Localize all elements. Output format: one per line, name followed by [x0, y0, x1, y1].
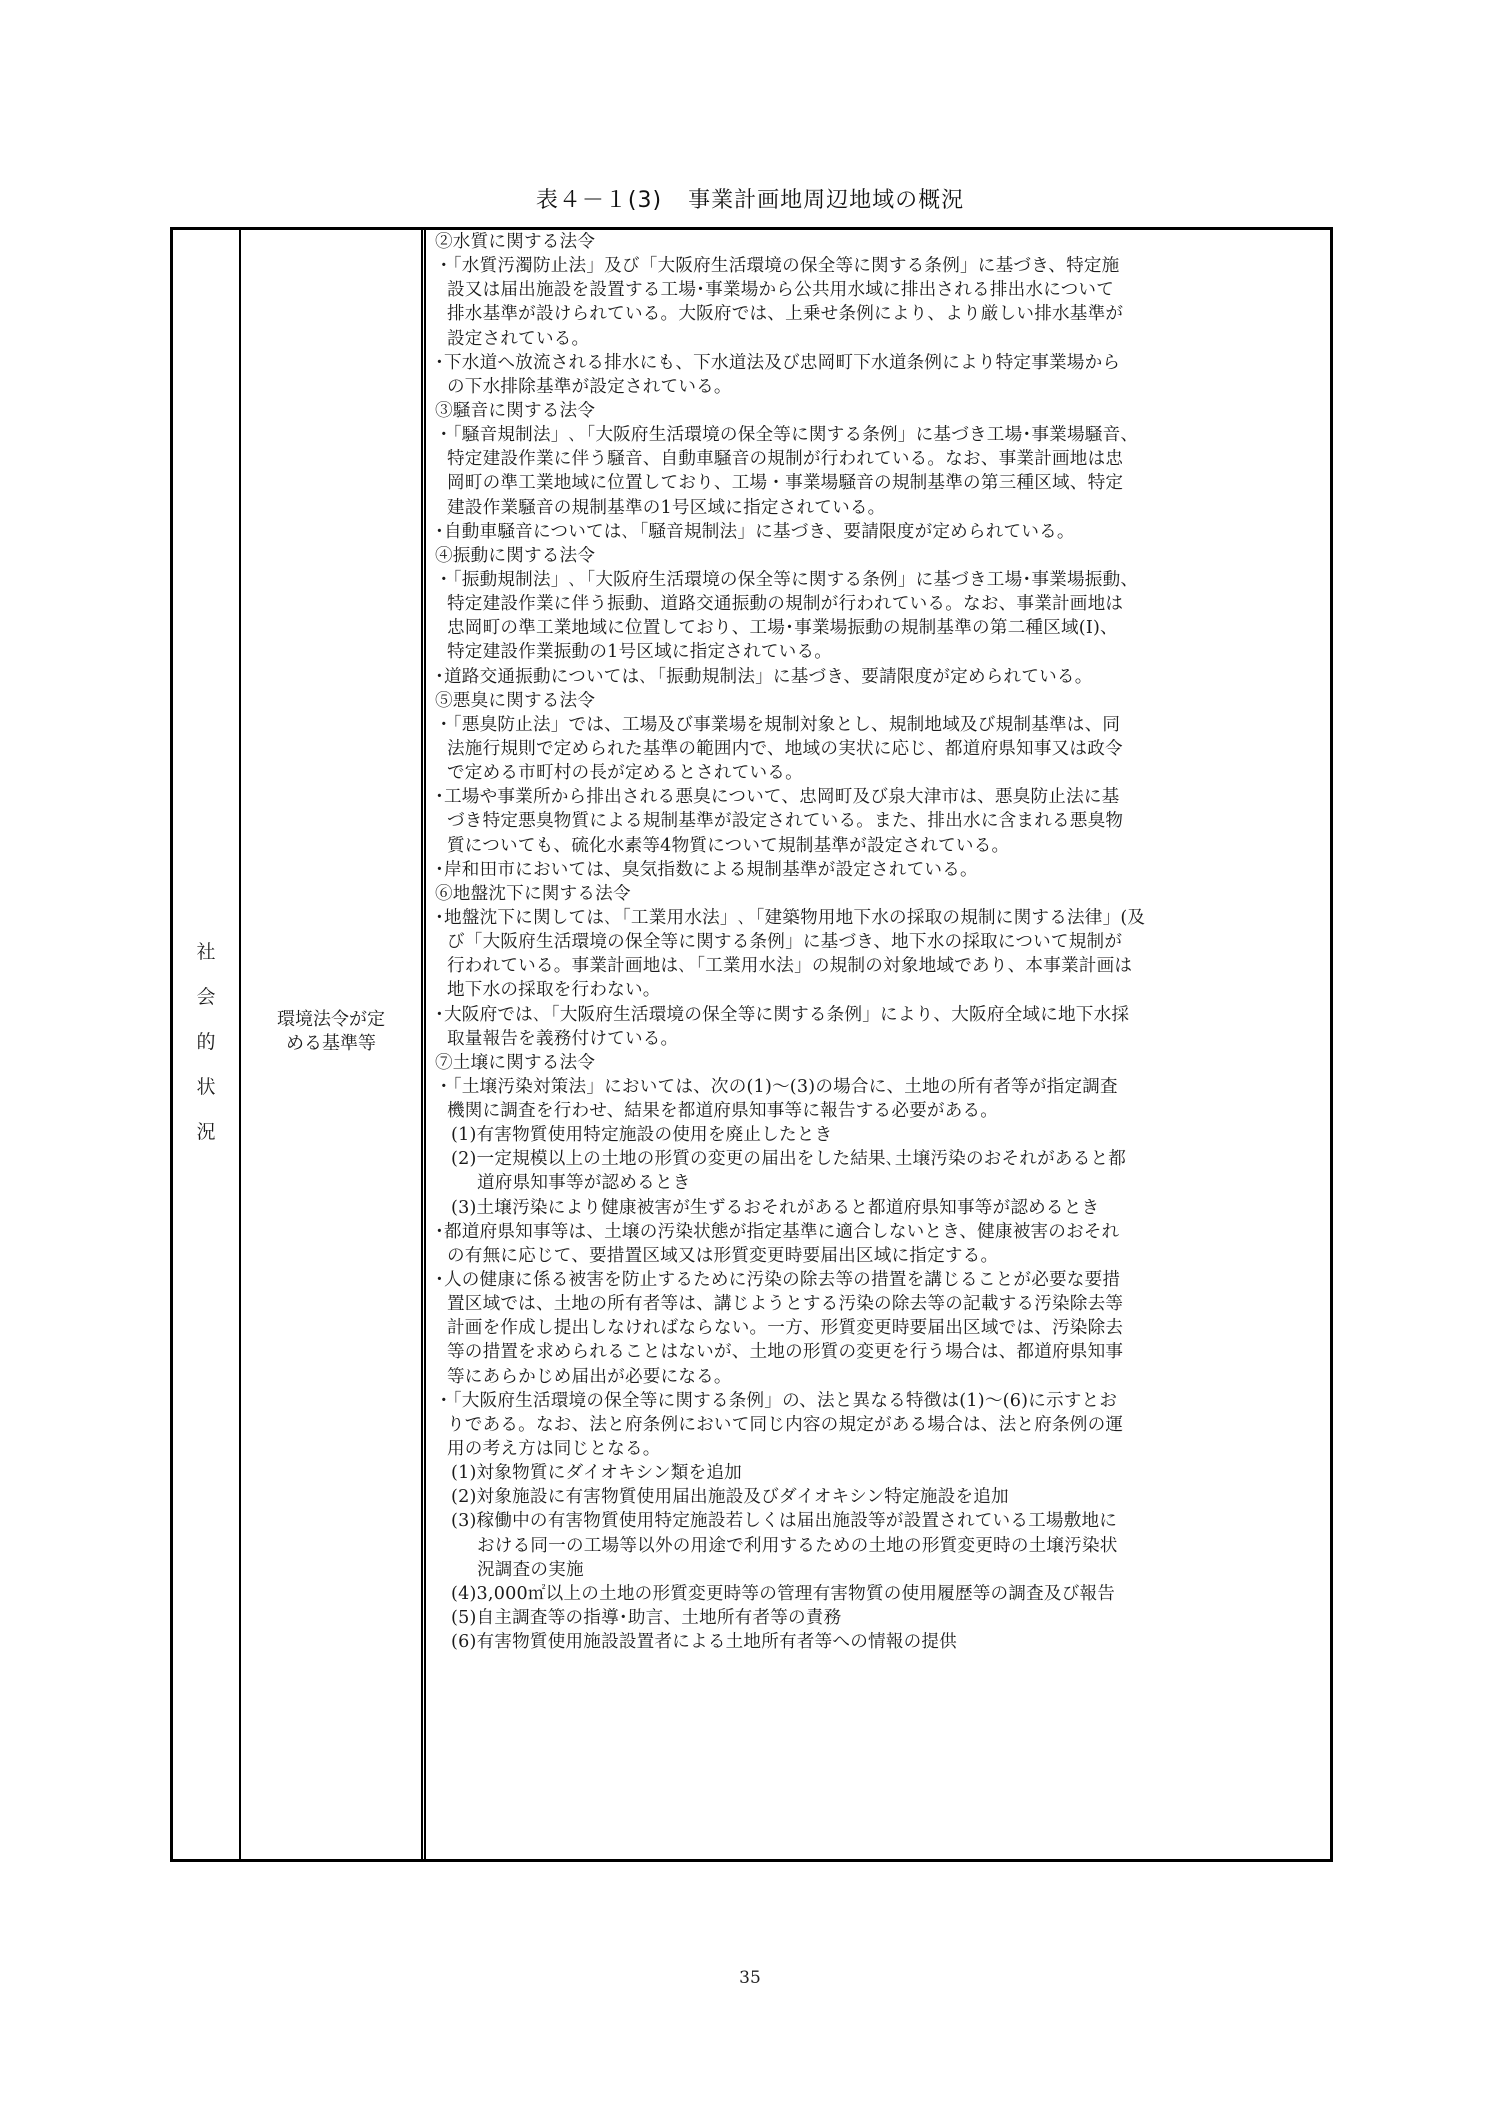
bullet-line: ･人の健康に係る被害を防止するために汚染の除去等の措置を講じることが必要な要措: [435, 1268, 1318, 1292]
bullet-line: ･下水道へ放流される排水にも、下水道法及び忠岡町下水道条例により特定事業場から: [435, 351, 1318, 375]
bullet-line: ・「騒音規制法」､「大阪府生活環境の保全等に関する条例」に基づき工場･事業場騒音…: [435, 423, 1318, 447]
table-title: 表４－１(3)事業計画地周辺地域の概況: [0, 183, 1500, 214]
item-cell: 環境法令が定める基準等: [241, 230, 426, 1859]
bullet-line: ・「大阪府生活環境の保全等に関する条例」の、法と異なる特徴は(1)～(6)に示す…: [435, 1389, 1318, 1413]
text-line: 行われている。事業計画地は､「工業用水法」の規制の対象地域であり、本事業計画は: [435, 954, 1318, 978]
text-line: 特定建設作業に伴う振動、道路交通振動の規制が行われている。なお、事業計画地は: [435, 592, 1318, 616]
sub-item: (6)有害物質使用施設設置者による土地所有者等への情報の提供: [435, 1630, 1318, 1654]
category-char: 状: [173, 1065, 239, 1110]
bullet-line: ･大阪府では､「大阪府生活環境の保全等に関する条例」により、大阪府全域に地下水採: [435, 1003, 1318, 1027]
item-label: 環境法令が定める基準等: [241, 1008, 421, 1056]
text-line: 設又は届出施設を設置する工場･事業場から公共用水域に排出される排出水について: [435, 278, 1318, 302]
sub-item: (1)有害物質使用特定施設の使用を廃止したとき: [435, 1123, 1318, 1147]
category-char: 的: [173, 1020, 239, 1065]
sub-item: (4)3,000㎡以上の土地の形質変更時等の管理有害物質の使用履歴等の調査及び報…: [435, 1582, 1318, 1606]
bullet-line: ･都道府県知事等は、土壌の汚染状態が指定基準に適合しないとき、健康被害のおそれ: [435, 1220, 1318, 1244]
sub-item: (2)対象施設に有害物質使用届出施設及びダイオキシン特定施設を追加: [435, 1485, 1318, 1509]
text-line: づき特定悪臭物質による規制基準が設定されている。また、排出水に含まれる悪臭物: [435, 809, 1318, 833]
sub-item: (3)土壌汚染により健康被害が生ずるおそれがあると都道府県知事等が認めるとき: [435, 1196, 1318, 1220]
bullet-line: ･岸和田市においては、臭気指数による規制基準が設定されている。: [435, 858, 1318, 882]
table-caption: 事業計画地周辺地域の概況: [688, 188, 964, 213]
text-line: 地下水の採取を行わない。: [435, 978, 1318, 1002]
item-label-line: 環境法令が定: [241, 1008, 421, 1032]
section-heading: ⑦土壌に関する法令: [435, 1051, 1318, 1075]
category-char: 会: [173, 975, 239, 1020]
text-line: び「大阪府生活環境の保全等に関する条例」に基づき、地下水の採取について規制が: [435, 930, 1318, 954]
bullet-line: ･地盤沈下に関しては､「工業用水法」､「建築物用地下水の採取の規制に関する法律」…: [435, 906, 1318, 930]
table-number: 表４－１(3): [536, 188, 662, 213]
content-cell: ②水質に関する法令・「水質汚濁防止法」及び「大阪府生活環境の保全等に関する条例」…: [431, 230, 1330, 1859]
page-number: 35: [0, 1968, 1500, 1988]
text-line: りである。なお、法と府条例において同じ内容の規定がある場合は、法と府条例の運: [435, 1413, 1318, 1437]
text-line: で定める市町村の長が定めるとされている。: [435, 761, 1318, 785]
text-line: の有無に応じて、要措置区域又は形質変更時要届出区域に指定する。: [435, 1244, 1318, 1268]
bullet-line: ･工場や事業所から排出される悪臭について、忠岡町及び泉大津市は、悪臭防止法に基: [435, 785, 1318, 809]
section-heading: ⑥地盤沈下に関する法令: [435, 882, 1318, 906]
section-heading: ②水質に関する法令: [435, 230, 1318, 254]
text-line: 等にあらかじめ届出が必要になる。: [435, 1365, 1318, 1389]
sub-item: (1)対象物質にダイオキシン類を追加: [435, 1461, 1318, 1485]
sub-item-continued: 道府県知事等が認めるとき: [435, 1171, 1318, 1195]
text-line: 置区域では、土地の所有者等は、講じようとする汚染の除去等の記載する汚染除去等: [435, 1292, 1318, 1316]
bullet-line: ・「水質汚濁防止法」及び「大阪府生活環境の保全等に関する条例」に基づき、特定施: [435, 254, 1318, 278]
sub-item: (3)稼働中の有害物質使用特定施設若しくは届出施設等が設置されている工場敷地に: [435, 1509, 1318, 1533]
text-line: 取量報告を義務付けている。: [435, 1027, 1318, 1051]
category-char: 況: [173, 1110, 239, 1155]
text-line: 計画を作成し提出しなければならない。一方、形質変更時要届出区域では、汚染除去: [435, 1316, 1318, 1340]
sub-item-continued: 況調査の実施: [435, 1558, 1318, 1582]
category-char: 社: [173, 930, 239, 975]
bullet-line: ･自動車騒音については､「騒音規制法」に基づき、要請限度が定められている。: [435, 520, 1318, 544]
section-heading: ⑤悪臭に関する法令: [435, 689, 1318, 713]
text-line: 特定建設作業に伴う騒音、自動車騒音の規制が行われている。なお、事業計画地は忠: [435, 447, 1318, 471]
text-line: 設定されている。: [435, 327, 1318, 351]
section-heading: ③騒音に関する法令: [435, 399, 1318, 423]
text-line: 機関に調査を行わせ、結果を都道府県知事等に報告する必要がある。: [435, 1099, 1318, 1123]
sub-item-continued: おける同一の工場等以外の用途で利用するための土地の形質変更時の土壌汚染状: [435, 1534, 1318, 1558]
item-label-line: める基準等: [241, 1032, 421, 1056]
text-line: 忠岡町の準工業地域に位置しており、工場･事業場振動の規制基準の第二種区域(Ⅰ)、: [435, 616, 1318, 640]
text-line: 法施行規則で定められた基準の範囲内で、地域の実状に応じ、都道府県知事又は政令: [435, 737, 1318, 761]
bullet-line: ・「振動規制法」､「大阪府生活環境の保全等に関する条例」に基づき工場･事業場振動…: [435, 568, 1318, 592]
bullet-line: ・「土壌汚染対策法」においては、次の(1)～(3)の場合に、土地の所有者等が指定…: [435, 1075, 1318, 1099]
overview-table: 社会的状況 環境法令が定める基準等 ②水質に関する法令・「水質汚濁防止法」及び「…: [170, 227, 1333, 1862]
text-line: 建設作業騒音の規制基準の1号区域に指定されている。: [435, 496, 1318, 520]
category-cell: 社会的状況: [173, 230, 241, 1859]
text-line: 用の考え方は同じとなる。: [435, 1437, 1318, 1461]
text-line: の下水排除基準が設定されている。: [435, 375, 1318, 399]
text-line: 特定建設作業振動の1号区域に指定されている。: [435, 640, 1318, 664]
text-line: 質についても、硫化水素等4物質について規制基準が設定されている。: [435, 834, 1318, 858]
category-label: 社会的状況: [173, 930, 239, 1155]
bullet-line: ・「悪臭防止法」では、工場及び事業場を規制対象とし、規制地域及び規制基準は、同: [435, 713, 1318, 737]
text-line: 岡町の準工業地域に位置しており、工場・事業場騒音の規制基準の第三種区域、特定: [435, 471, 1318, 495]
section-heading: ④振動に関する法令: [435, 544, 1318, 568]
sub-item: (2)一定規模以上の土地の形質の変更の届出をした結果､土壌汚染のおそれがあると都: [435, 1147, 1318, 1171]
bullet-line: ･道路交通振動については､「振動規制法」に基づき、要請限度が定められている。: [435, 665, 1318, 689]
text-line: 排水基準が設けられている。大阪府では、上乗せ条例により、より厳しい排水基準が: [435, 302, 1318, 326]
sub-item: (5)自主調査等の指導･助言、土地所有者等の責務: [435, 1606, 1318, 1630]
text-line: 等の措置を求められることはないが、土地の形質の変更を行う場合は、都道府県知事: [435, 1340, 1318, 1364]
